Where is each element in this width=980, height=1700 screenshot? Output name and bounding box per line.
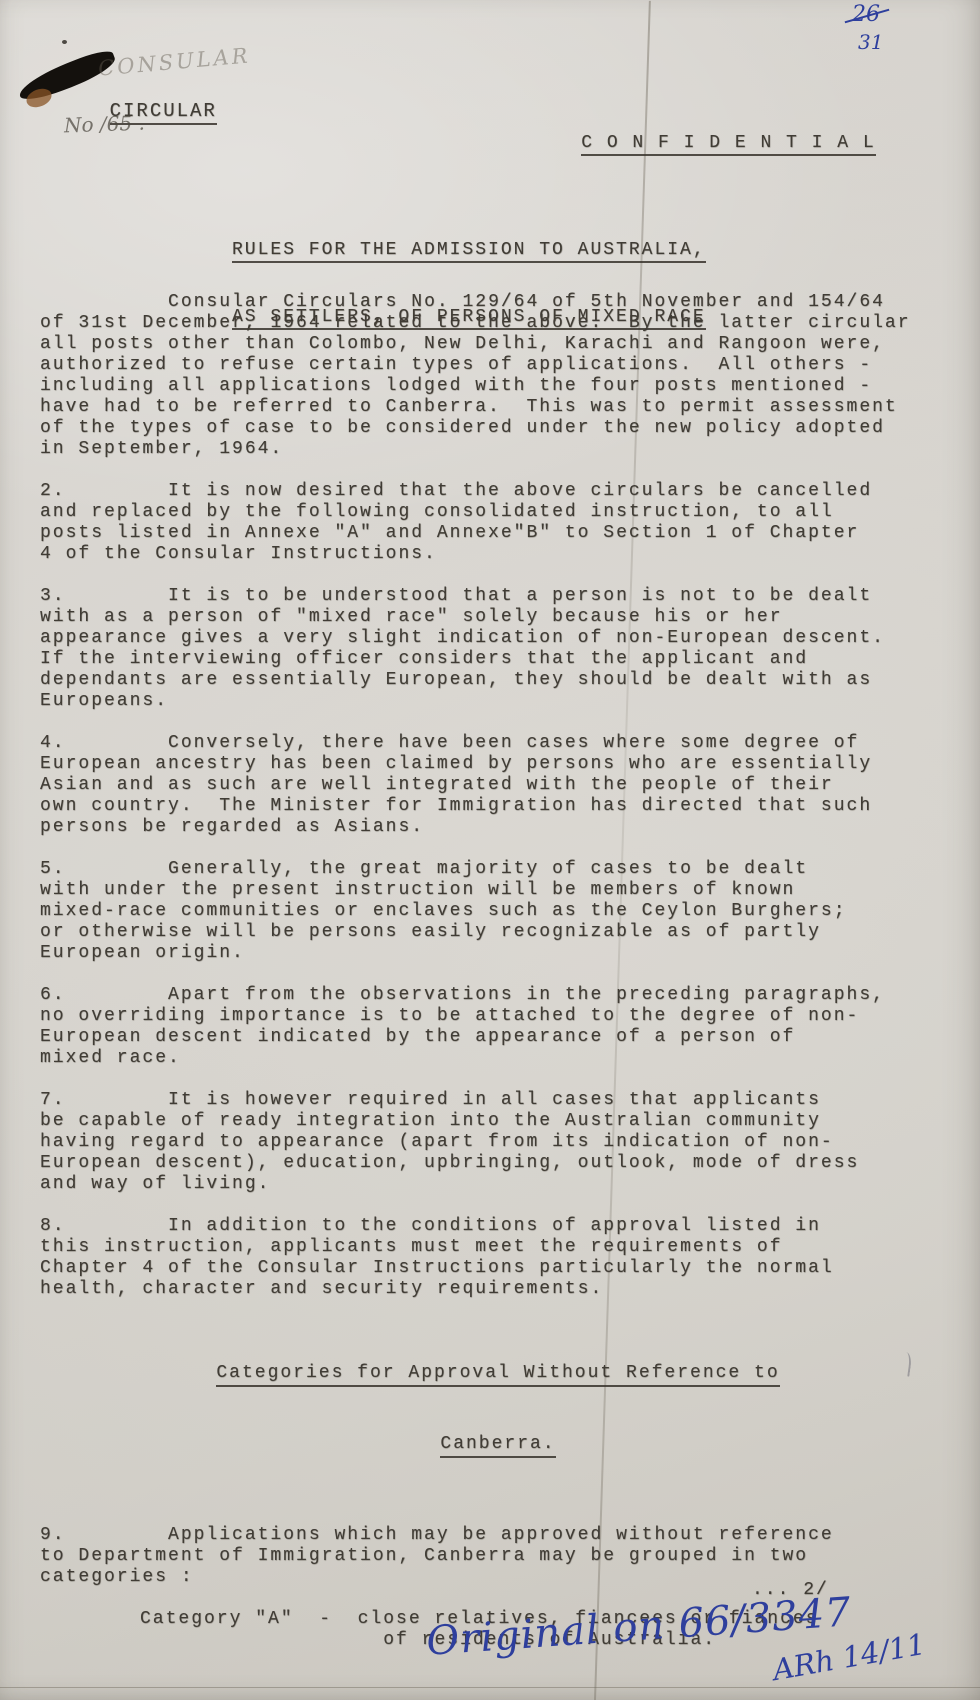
section-heading: Categories for Approval Without Referenc… <box>40 1321 956 1505</box>
page-number-current: 31 <box>858 30 883 54</box>
faded-consular-stamp: CONSULAR <box>97 43 251 80</box>
section-heading-line2: Canberra. <box>40 1434 956 1458</box>
paragraph-3: 3. It is to be understood that a person … <box>40 586 956 712</box>
paragraph-9: 9. Applications which may be approved wi… <box>40 1525 956 1588</box>
paragraph-8: 8. In addition to the conditions of appr… <box>40 1216 956 1300</box>
scanned-document-page: CONSULAR CIRCULAR No /65 . 26 31 C O N F… <box>0 0 980 1700</box>
paragraph-7: 7. It is however required in all cases t… <box>40 1090 956 1195</box>
paragraph-6: 6. Apart from the observations in the pr… <box>40 985 956 1069</box>
page-number-crossed-out: 26 <box>852 2 880 27</box>
document-title-line1: RULES FOR THE ADMISSION TO AUSTRALIA, <box>232 238 706 263</box>
paragraph-4: 4. Conversely, there have been cases whe… <box>40 733 956 838</box>
handwritten-ref-number: No /65 . <box>64 111 146 138</box>
horizontal-fold-crease <box>0 1687 980 1688</box>
document-body: Consular Circulars No. 129/64 of 5th Nov… <box>40 292 956 1651</box>
paragraph-5: 5. Generally, the great majority of case… <box>40 859 956 964</box>
paragraph-1: Consular Circulars No. 129/64 of 5th Nov… <box>40 292 956 460</box>
section-heading-line1: Categories for Approval Without Referenc… <box>40 1363 956 1387</box>
classification-label: C O N F I D E N T I A L <box>581 133 875 156</box>
paragraph-2: 2. It is now desired that the above circ… <box>40 481 956 565</box>
ink-speck <box>62 40 67 44</box>
crossed-out-number: 26 <box>852 2 880 27</box>
classification-marking: C O N F I D E N T I A L <box>530 112 876 175</box>
